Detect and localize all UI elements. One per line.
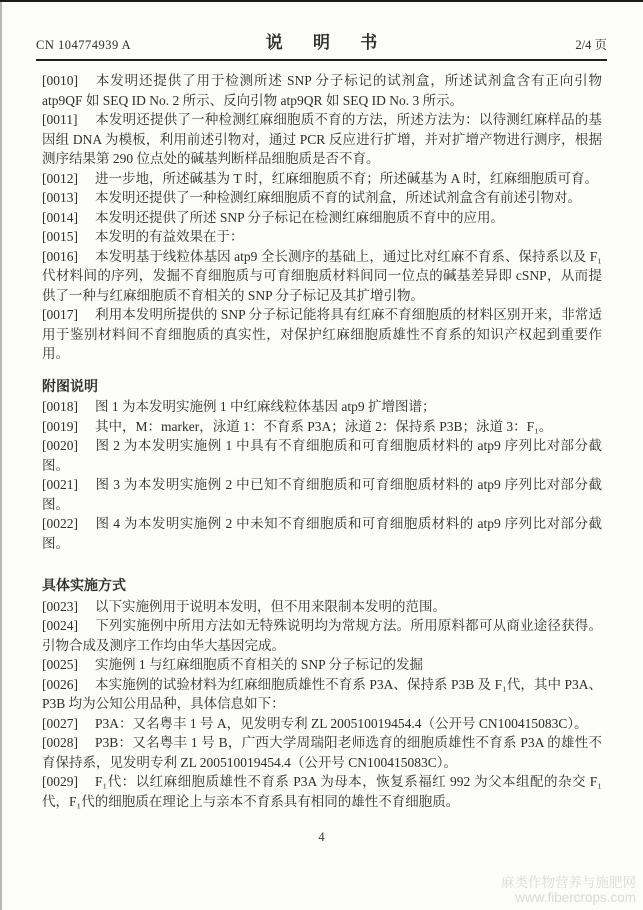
paragraph-text: 利用本发明所提供的 SNP 分子标记能将具有红麻不育细胞质的材料区别开来，非常适… — [42, 307, 602, 361]
paragraph-number: [0020] — [42, 436, 95, 456]
watermark: 麻类作物营养与施肥网 www.fibercrops.com — [501, 875, 636, 905]
paragraph-text: 本发明还提供了所述 SNP 分子标记在检测红麻细胞质不育中的应用。 — [95, 210, 504, 225]
paragraph-number: [0015] — [42, 227, 95, 247]
paragraph-text: 以下实施例用于说明本发明，但不用来限制本发明的范围。 — [95, 599, 446, 614]
paragraph-0014: [0014]本发明还提供了所述 SNP 分子标记在检测红麻细胞质不育中的应用。 — [42, 208, 602, 228]
paragraph-0023: [0023]以下实施例用于说明本发明，但不用来限制本发明的范围。 — [42, 597, 602, 617]
paragraph-text: 其中，M：marker，泳道 1：不育系 P3A；泳道 2：保持系 P3B；泳道… — [95, 419, 552, 434]
paragraph-number: [0026] — [42, 675, 95, 695]
paragraph-number: [0025] — [42, 655, 95, 675]
paragraph-number: [0023] — [42, 597, 95, 617]
paragraph-0013: [0013]本发明还提供了一种检测红麻细胞质不育的试剂盒，所述试剂盒含有前述引物… — [42, 188, 602, 208]
paragraph-0027: [0027]P3A：又名粤丰 1 号 A，见发明专利 ZL 2005100194… — [42, 714, 602, 734]
paragraph-text: 图 1 为本发明实施例 1 中红麻线粒体基因 atp9 扩增图谱； — [95, 399, 436, 414]
paragraph-text: P3A：又名粤丰 1 号 A，见发明专利 ZL 200510019454.4（公… — [95, 716, 588, 731]
watermark-site-name: 麻类作物营养与施肥网 — [501, 875, 636, 890]
paragraph-text: 下列实施例中所用方法如无特殊说明均为常规方法。所用原料都可从商业途径获得。引物合… — [42, 618, 602, 653]
paragraph-0017: [0017]利用本发明所提供的 SNP 分子标记能将具有红麻不育细胞质的材料区别… — [42, 305, 602, 364]
paragraph-number: [0016] — [42, 247, 95, 267]
document-title: 说 明 书 — [253, 28, 391, 53]
paragraph-number: [0029] — [42, 772, 95, 792]
paragraph-number: [0027] — [42, 714, 95, 734]
paragraph-0015: [0015]本发明的有益效果在于： — [42, 227, 602, 247]
paragraph-number: [0019] — [42, 417, 95, 437]
paragraph-text: F₁代：以红麻细胞质雄性不育系 P3A 为母本，恢复系福红 992 为父本组配的… — [42, 774, 602, 809]
paragraph-text: 本发明还提供了用于检测所述 SNP 分子标记的试剂盒，所述试剂盒含有正向引物 a… — [42, 73, 602, 108]
paragraph-number: [0028] — [42, 733, 95, 753]
paragraph-text: 实施例 1 与红麻细胞质不育相关的 SNP 分子标记的发掘 — [95, 657, 423, 672]
document-body: [0010]本发明还提供了用于检测所述 SNP 分子标记的试剂盒，所述试剂盒含有… — [42, 71, 602, 811]
paragraph-0020: [0020]图 2 为本发明实施例 1 中具有不育细胞质和可育细胞质材料的 at… — [42, 436, 602, 475]
paragraph-text: 本发明还提供了一种检测红麻细胞质不育的方法，所述方法为：以待测红麻样品的基因组 … — [42, 112, 602, 166]
paragraph-number: [0024] — [42, 616, 95, 636]
paragraph-number: [0017] — [42, 305, 95, 325]
paragraph-0010: [0010]本发明还提供了用于检测所述 SNP 分子标记的试剂盒，所述试剂盒含有… — [42, 71, 602, 110]
watermark-site-url: www.fibercrops.com — [501, 890, 636, 905]
scan-left-edge — [0, 2, 2, 910]
paragraph-0028: [0028]P3B：又名粤丰 1 号 B，广西大学周瑞阳老师选育的细胞质雄性不育… — [42, 733, 602, 772]
page-header: CN 104774939 A 说 明 书 2/4 页 — [36, 28, 607, 61]
paragraph-number: [0018] — [42, 397, 95, 417]
paragraph-text: P3B：又名粤丰 1 号 B，广西大学周瑞阳老师选育的细胞质雄性不育系 P3A … — [42, 735, 602, 770]
paragraph-0016: [0016]本发明基于线粒体基因 atp9 全长测序的基础上，通过比对红麻不育系… — [42, 247, 602, 306]
paragraph-0019: [0019]其中，M：marker，泳道 1：不育系 P3A；泳道 2：保持系 … — [42, 417, 602, 437]
paragraph-number: [0014] — [42, 208, 95, 228]
paragraph-text: 进一步地，所述碱基为 T 时，红麻细胞质不育；所述碱基为 A 时，红麻细胞质可育… — [95, 171, 598, 186]
paragraph-text: 图 3 为本发明实施例 2 中已知不育细胞质和可育细胞质材料的 atp9 序列比… — [42, 477, 602, 512]
paragraph-number: [0010] — [42, 71, 95, 91]
paragraph-number: [0011] — [42, 110, 95, 130]
paragraph-text: 图 2 为本发明实施例 1 中具有不育细胞质和可育细胞质材料的 atp9 序列比… — [42, 438, 602, 473]
paragraph-0024: [0024]下列实施例中所用方法如无特殊说明均为常规方法。所用原料都可从商业途径… — [42, 616, 602, 655]
paragraph-0021: [0021]图 3 为本发明实施例 2 中已知不育细胞质和可育细胞质材料的 at… — [42, 475, 602, 514]
patent-specification-page: CN 104774939 A 说 明 书 2/4 页 [0010]本发明还提供了… — [0, 0, 643, 910]
section-heading-figure-description: 附图说明 — [42, 378, 602, 398]
paragraph-text: 本发明还提供了一种检测红麻细胞质不育的试剂盒，所述试剂盒含有前述引物对。 — [95, 190, 581, 205]
paragraph-0025: [0025]实施例 1 与红麻细胞质不育相关的 SNP 分子标记的发掘 — [42, 655, 602, 675]
paragraph-number: [0022] — [42, 514, 95, 534]
paragraph-text: 图 4 为本发明实施例 2 中未知不育细胞质和可育细胞质材料的 atp9 序列比… — [42, 516, 602, 551]
page-number: 4 — [0, 830, 643, 845]
paragraph-0022: [0022]图 4 为本发明实施例 2 中未知不育细胞质和可育细胞质材料的 at… — [42, 514, 602, 553]
paragraph-number: [0021] — [42, 475, 95, 495]
paragraph-0029: [0029]F₁代：以红麻细胞质雄性不育系 P3A 为母本，恢复系福红 992 … — [42, 772, 602, 811]
publication-number: CN 104774939 A — [36, 38, 253, 53]
paragraph-0026: [0026]本实施例的试验材料为红麻细胞质雄性不育系 P3A、保持系 P3B 及… — [42, 675, 602, 714]
paragraph-0018: [0018]图 1 为本发明实施例 1 中红麻线粒体基因 atp9 扩增图谱； — [42, 397, 602, 417]
paragraph-0012: [0012]进一步地，所述碱基为 T 时，红麻细胞质不育；所述碱基为 A 时，红… — [42, 169, 602, 189]
section-heading-embodiments: 具体实施方式 — [42, 577, 602, 597]
paragraph-number: [0013] — [42, 188, 95, 208]
paragraph-text: 本发明的有益效果在于： — [95, 229, 244, 244]
paragraph-number: [0012] — [42, 169, 95, 189]
paragraph-text: 本实施例的试验材料为红麻细胞质雄性不育系 P3A、保持系 P3B 及 F₁代，其… — [42, 677, 602, 712]
paragraph-0011: [0011]本发明还提供了一种检测红麻细胞质不育的方法，所述方法为：以待测红麻样… — [42, 110, 602, 169]
paragraph-text: 本发明基于线粒体基因 atp9 全长测序的基础上，通过比对红麻不育系、保持系以及… — [42, 249, 602, 303]
page-indicator: 2/4 页 — [390, 35, 607, 53]
